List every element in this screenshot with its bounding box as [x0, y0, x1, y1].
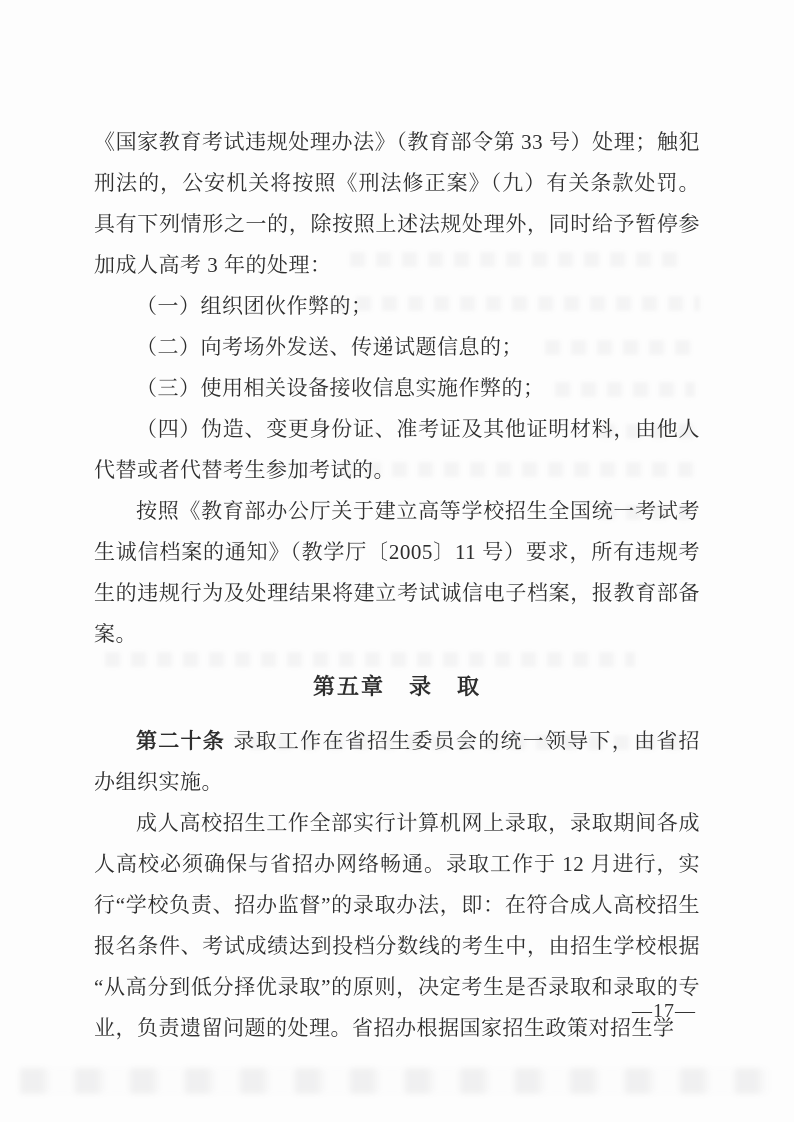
bleed-through-artifact — [20, 1068, 770, 1094]
page-body: 《国家教育考试违规处理办法》（教育部令第 33 号）处理；触犯刑法的，公安机关将… — [94, 122, 700, 1049]
article-20-label: 第二十条 — [136, 729, 225, 753]
paragraph-integrity-file: 按照《教育部办公厅关于建立高等学校招生全国统一考试考生诚信档案的通知》（教学厅〔… — [94, 491, 700, 655]
list-item-4: （四）伪造、变更身份证、准考证及其他证明材料，由他人代替或者代替考生参加考试的。 — [94, 409, 700, 491]
document-page: 《国家教育考试违规处理办法》（教育部令第 33 号）处理；触犯刑法的，公安机关将… — [0, 0, 794, 1122]
list-item-3: （三）使用相关设备接收信息实施作弊的； — [94, 368, 700, 409]
paragraph-admission-process: 成人高校招生工作全部实行计算机网上录取，录取期间各成人高校必须确保与省招办网络畅… — [94, 803, 700, 1049]
paragraph-article-20: 第二十条录取工作在省招生委员会的统一领导下，由省招办组织实施。 — [94, 721, 700, 803]
paragraph-violation-handling: 《国家教育考试违规处理办法》（教育部令第 33 号）处理；触犯刑法的，公安机关将… — [94, 122, 700, 286]
list-item-1: （一）组织团伙作弊的； — [94, 286, 700, 327]
list-item-2: （二）向考场外发送、传递试题信息的； — [94, 327, 700, 368]
chapter-heading: 第五章 录 取 — [94, 665, 700, 709]
page-number: —17— — [632, 1000, 696, 1023]
